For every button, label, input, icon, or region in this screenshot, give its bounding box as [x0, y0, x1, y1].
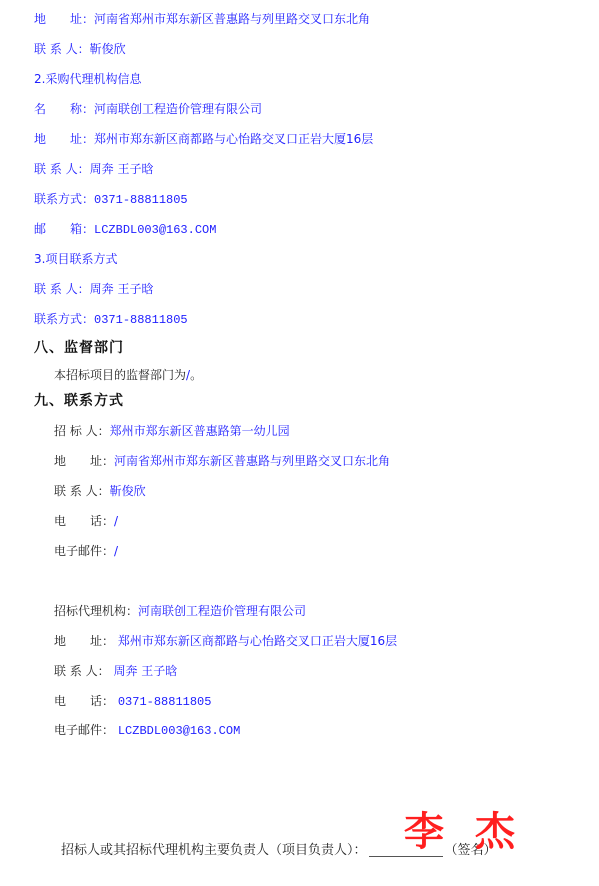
- phone-label: 联系方式：: [34, 192, 94, 206]
- agency-value: 河南联创工程造价管理有限公司: [138, 604, 306, 618]
- email-label: 邮 箱：: [34, 222, 94, 236]
- contact-label: 联 系 人：: [34, 282, 90, 296]
- signature-blank: [369, 856, 443, 857]
- email-value: /: [114, 544, 118, 558]
- email-label: 电子邮件：: [54, 723, 114, 737]
- agency-name-row: 名 称：河南联创工程造价管理有限公司: [34, 101, 262, 117]
- address-value: 河南省郑州市郑东新区普惠路与列里路交叉口东北角: [94, 12, 370, 26]
- section-9-heading: 九、联系方式: [34, 393, 124, 409]
- address-label: 地 址：: [34, 12, 94, 26]
- tenderer-address-row: 地 址：河南省郑州市郑东新区普惠路与列里路交叉口东北角: [34, 11, 370, 27]
- address-label: 地 址：: [34, 132, 94, 146]
- s9-agency-email-row: 电子邮件： LCZBDL003@163.COM: [54, 722, 240, 739]
- s9-tenderer-phone-row: 电 话：/: [54, 513, 118, 529]
- signature-label: 招标人或其招标代理机构主要负责人（项目负责人）：: [61, 843, 367, 858]
- phone-label: 电 话：: [54, 514, 114, 528]
- email-value: LCZBDL003@163.COM: [118, 724, 240, 738]
- contact-label: 联 系 人：: [54, 664, 110, 678]
- s9-tenderer-name-row: 招 标 人：郑州市郑东新区普惠路第一幼儿园: [54, 423, 290, 439]
- tenderer-label: 招 标 人：: [54, 424, 110, 438]
- s9-agency-address-row: 地 址： 郑州市郑东新区商都路与心怡路交叉口正岩大厦16层: [54, 633, 397, 649]
- name-label: 名 称：: [34, 102, 94, 116]
- phone-value: 0371-88811805: [118, 695, 212, 709]
- s9-agency-name-row: 招标代理机构：河南联创工程造价管理有限公司: [54, 603, 306, 619]
- phone-value: /: [114, 514, 118, 528]
- phone-value: 0371-88811805: [94, 193, 188, 207]
- address-value: 河南省郑州市郑东新区普惠路与列里路交叉口东北角: [114, 454, 390, 468]
- s9-agency-phone-row: 电 话： 0371-88811805: [54, 693, 211, 710]
- agency-label: 招标代理机构：: [54, 604, 138, 618]
- supervision-suffix: 。: [190, 368, 202, 382]
- contact-label: 联 系 人：: [54, 484, 110, 498]
- agency-email-row: 邮 箱：LCZBDL003@163.COM: [34, 221, 216, 238]
- contact-label: 联 系 人：: [34, 42, 90, 56]
- signature-seal-char-2: 杰: [475, 812, 515, 852]
- contact-value: 靳俊欣: [90, 42, 126, 56]
- contact-label: 联 系 人：: [34, 162, 90, 176]
- contact-value: 靳俊欣: [110, 484, 146, 498]
- s9-tenderer-contact-row: 联 系 人：靳俊欣: [54, 483, 146, 499]
- tenderer-contact-row: 联 系 人：靳俊欣: [34, 41, 126, 57]
- agency-info-title: 2.采购代理机构信息: [34, 71, 141, 87]
- phone-value: 0371-88811805: [94, 313, 188, 327]
- project-contact-row: 联 系 人：周奔 王子晗: [34, 281, 153, 297]
- phone-label: 电 话：: [54, 694, 114, 708]
- project-contact-title: 3.项目联系方式: [34, 251, 117, 267]
- email-value: LCZBDL003@163.COM: [94, 223, 216, 237]
- signature-seal-char-1: 李: [404, 812, 444, 852]
- address-label: 地 址：: [54, 634, 114, 648]
- agency-address-row: 地 址：郑州市郑东新区商都路与心怡路交叉口正岩大厦16层: [34, 131, 373, 147]
- section-8-heading: 八、监督部门: [34, 340, 124, 356]
- contact-value: 周奔 王子晗: [90, 282, 154, 296]
- s9-tenderer-address-row: 地 址：河南省郑州市郑东新区普惠路与列里路交叉口东北角: [54, 453, 390, 469]
- address-value: 郑州市郑东新区商都路与心怡路交叉口正岩大厦16层: [118, 634, 397, 648]
- project-phone-row: 联系方式：0371-88811805: [34, 311, 188, 328]
- s9-agency-contact-row: 联 系 人： 周奔 王子晗: [54, 663, 177, 679]
- tenderer-value: 郑州市郑东新区普惠路第一幼儿园: [110, 424, 290, 438]
- contact-value: 周奔 王子晗: [90, 162, 154, 176]
- address-value: 郑州市郑东新区商都路与心怡路交叉口正岩大厦16层: [94, 132, 373, 146]
- agency-contact-row: 联 系 人：周奔 王子晗: [34, 161, 153, 177]
- agency-phone-row: 联系方式：0371-88811805: [34, 191, 188, 208]
- contact-value: 周奔 王子晗: [113, 664, 177, 678]
- supervision-prefix: 本招标项目的监督部门为: [54, 368, 186, 382]
- email-label: 电子邮件：: [54, 544, 114, 558]
- name-value: 河南联创工程造价管理有限公司: [94, 102, 262, 116]
- s9-tenderer-email-row: 电子邮件：/: [54, 543, 118, 559]
- address-label: 地 址：: [54, 454, 114, 468]
- phone-label: 联系方式：: [34, 312, 94, 326]
- supervision-text: 本招标项目的监督部门为/。: [54, 367, 202, 383]
